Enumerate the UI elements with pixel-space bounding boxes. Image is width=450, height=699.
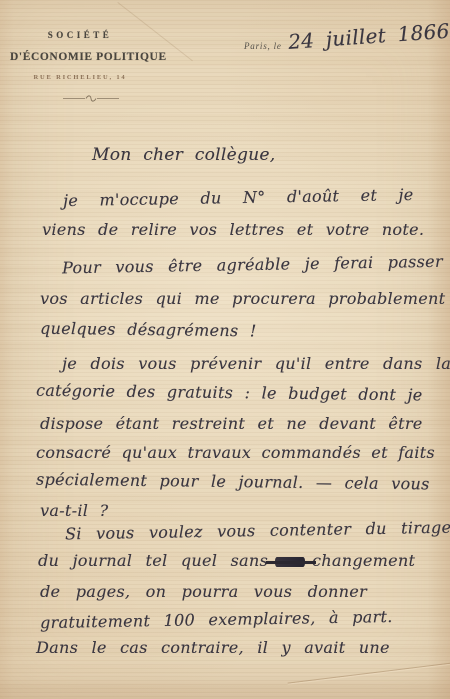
body-line: consacré qu'aux travaux commandés et fai… [36,443,435,462]
body-line: Dans le cas contraire, il y avait une [36,638,390,657]
body-line-with-strike: du journal tel quel sanschangement [38,551,415,570]
body-line: je dois vous prévenir qu'il entre dans l… [62,354,450,373]
dateline-handwritten-date: 24 juillet 1866. [287,18,450,54]
dateline-printed-prefix: Paris, le [244,41,282,51]
letterhead: SOCIÉTÉ D'ÉCONOMIE POLITIQUE RUE RICHELI… [10,30,150,108]
body-line: Si vous voulez vous contenter du tirage [65,518,450,544]
letter-page: SOCIÉTÉ D'ÉCONOMIE POLITIQUE RUE RICHELI… [0,0,450,699]
strike-line-suffix: changement [312,551,415,570]
body-line: va-t-il ? [40,501,108,520]
body-line: gratuitement 100 exemplaires, à part. [40,607,393,632]
body-line: Pour vous être agréable je ferai passer [62,252,443,278]
letterhead-society-line2: D'ÉCONOMIE POLITIQUE [10,51,150,63]
crossed-out-word [275,557,305,567]
body-line: de pages, on pourra vous donner [40,582,367,601]
body-line: dispose étant restreint et ne devant êtr… [40,414,423,433]
letterhead-address: RUE RICHELIEU, 14 [10,74,150,81]
body-line: vos articles qui me procurera probableme… [40,289,445,308]
body-line: viens de relire vos lettres et votre not… [42,220,424,239]
paper-crease-bottom-right [288,661,450,683]
strike-line-prefix: du journal tel quel sans [38,551,268,570]
letterhead-ornament-icon [62,94,120,103]
salutation: Mon cher collègue, [92,145,275,165]
body-line: quelques désagrémens ! [40,319,257,341]
letterhead-society-line1: SOCIÉTÉ [10,30,150,40]
body-line: spécialement pour le journal. — cela vou… [36,470,430,494]
body-line: je m'occupe du N° d'août et je [63,185,414,210]
body-line: catégorie des gratuits : le budget dont … [36,381,423,405]
